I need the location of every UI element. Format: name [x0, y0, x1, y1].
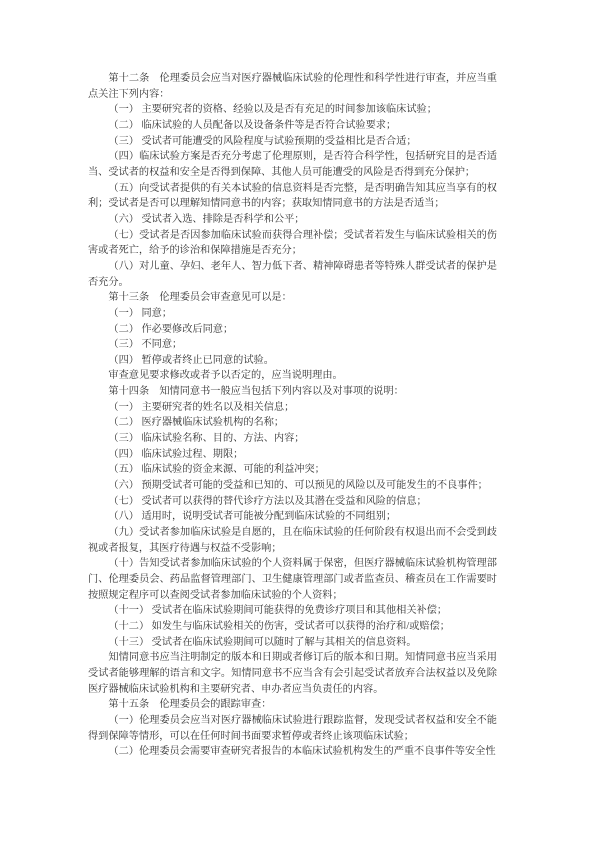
- article-12-item-5: （五）向受试者提供的有关本试验的信息资料是否完整，是否明确告知其应当享有的权利；…: [88, 181, 497, 212]
- article-12-item-8: （八）对儿童、孕妇、老年人、智力低下者、精神障碍患者等特殊人群受试者的保护是否充…: [88, 259, 497, 290]
- article-12-intro: 第十二条 伦理委员会应当对医疗器械临床试验的伦理性和科学性进行审查，并应当重点关…: [88, 71, 497, 102]
- article-12-item-3: （三） 受试者可能遭受的风险程度与试验预期的受益相比是否合适；: [88, 134, 497, 150]
- article-14-item-5: （五） 临床试验的资金来源、可能的利益冲突；: [88, 462, 497, 478]
- article-12-item-7: （七）受试者是否因参加临床试验而获得合理补偿；受试者若发生与临床试验相关的伤害或…: [88, 228, 497, 259]
- document-page: 第十二条 伦理委员会应当对医疗器械临床试验的伦理性和科学性进行审查，并应当重点关…: [0, 0, 595, 841]
- article-14-item-3: （三） 临床试验名称、目的、方法、内容；: [88, 431, 497, 447]
- article-14-item-12: （十二） 如发生与临床试验相关的伤害，受试者可以获得的治疗和/或赔偿；: [88, 619, 497, 635]
- article-13-item-4: （四） 暂停或者终止已同意的试验。: [88, 353, 497, 369]
- article-14-intro: 第十四条 知情同意书一般应当包括下列内容以及对事项的说明：: [88, 384, 497, 400]
- article-14-item-7: （七） 受试者可以获得的替代诊疗方法以及其潜在受益和风险的信息；: [88, 494, 497, 510]
- article-12-item-6: （六） 受试者入选、排除是否科学和公平；: [88, 212, 497, 228]
- article-14-item-8: （八） 适用时，说明受试者可能被分配到临床试验的不同组别；: [88, 509, 497, 525]
- document-body: 第十二条 伦理委员会应当对医疗器械临床试验的伦理性和科学性进行审查，并应当重点关…: [88, 71, 497, 760]
- article-12-item-2: （二） 临床试验的人员配备以及设备条件等是否符合试验要求；: [88, 118, 497, 134]
- article-15-item-2: （二）伦理委员会需要审查研究者报告的本临床试验机构发生的严重不良事件等安全性: [88, 744, 497, 760]
- article-14-item-4: （四） 临床试验过程、期限；: [88, 447, 497, 463]
- article-14-item-2: （二） 医疗器械临床试验机构的名称；: [88, 415, 497, 431]
- article-14-item-13: （十三） 受试者在临床试验期间可以随时了解与其相关的信息资料。: [88, 635, 497, 651]
- article-12-item-1: （一） 主要研究者的资格、经验以及是否有充足的时间参加该临床试验；: [88, 102, 497, 118]
- article-12-item-4: （四）临床试验方案是否充分考虑了伦理原则，是否符合科学性，包括研究目的是否适当、…: [88, 149, 497, 180]
- article-14-item-11: （十一） 受试者在临床试验期间可能获得的免费诊疗项目和其他相关补偿；: [88, 603, 497, 619]
- article-15-intro: 第十五条 伦理委员会的跟踪审查：: [88, 697, 497, 713]
- article-14-item-9: （九）受试者参加临床试验是自愿的，且在临床试验的任何阶段有权退出而不会受到歧视或…: [88, 525, 497, 556]
- article-13-item-1: （一） 同意；: [88, 306, 497, 322]
- article-14-item-1: （一） 主要研究者的姓名以及相关信息；: [88, 400, 497, 416]
- article-14-item-10: （十）告知受试者参加临床试验的个人资料属于保密，但医疗器械临床试验机构管理部门、…: [88, 556, 497, 603]
- article-15-item-1: （一）伦理委员会应当对医疗器械临床试验进行跟踪监督，发现受试者权益和安全不能得到…: [88, 713, 497, 744]
- article-13-note: 审查意见要求修改或者予以否定的，应当说明理由。: [88, 368, 497, 384]
- article-14-note: 知情同意书应当注明制定的版本和日期或者修订后的版本和日期。知情同意书应当采用受试…: [88, 650, 497, 697]
- article-13-item-3: （三） 不同意；: [88, 337, 497, 353]
- article-13-item-2: （二） 作必要修改后同意；: [88, 322, 497, 338]
- article-13-intro: 第十三条 伦理委员会审查意见可以是：: [88, 290, 497, 306]
- article-14-item-6: （六） 预期受试者可能的受益和已知的、可以预见的风险以及可能发生的不良事件；: [88, 478, 497, 494]
